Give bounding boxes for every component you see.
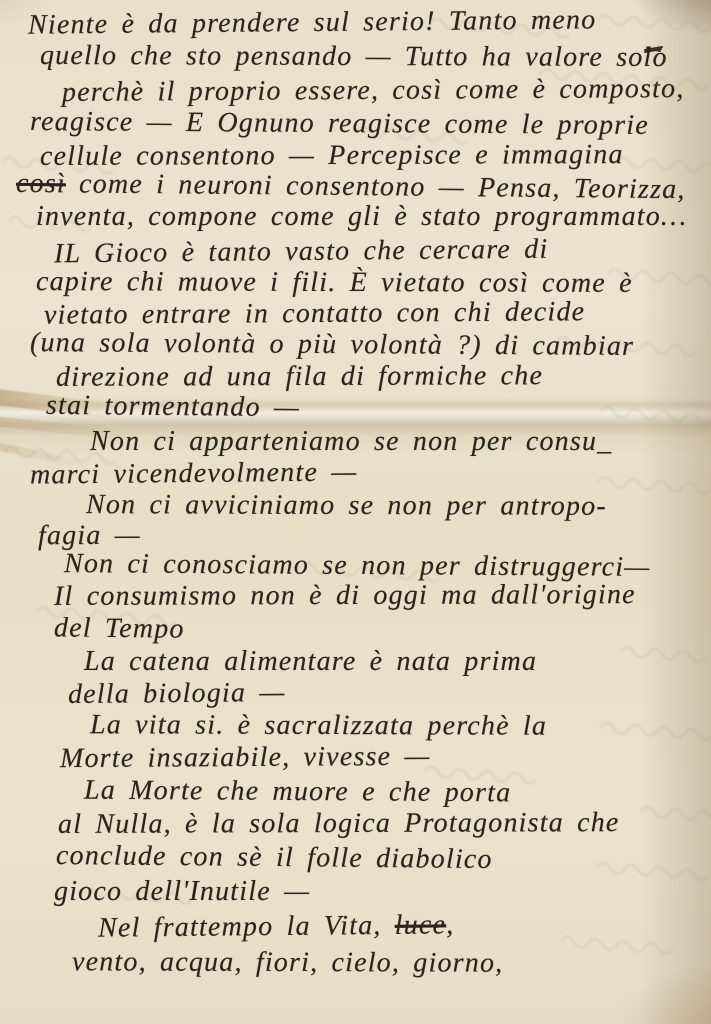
handwritten-line: vento, acqua, fiori, cielo, giorno,	[72, 947, 503, 978]
text-segment: Nel frattempo la Vita,	[98, 910, 395, 944]
handwritten-line: capire chi muove i fili. È vietato così …	[36, 267, 633, 299]
text-segment: Morte insaziabile, vivesse —	[60, 741, 431, 774]
text-segment: (una sola volontà o più volontà ?) di ca…	[30, 327, 634, 362]
text-segment: Non ci avviciniamo se non per antropo-	[86, 489, 607, 522]
handwritten-line: direzione ad una fila di formiche che	[56, 361, 543, 393]
text-segment: come i neuroni consentono — Pensa, Teori…	[66, 168, 686, 205]
handwritten-line: La vita si. è sacralizzata perchè la	[90, 710, 547, 741]
text-segment: stai tormentando —	[46, 390, 300, 423]
ghost-squiggle	[596, 856, 688, 876]
ghost-squiggle	[560, 930, 650, 950]
handwritten-line: La catena alimentare è nata prima	[84, 647, 537, 677]
handwritten-line: Non ci avviciniamo se non per antropo-	[86, 490, 607, 522]
text-segment: Niente è da prendere sul serio! Tanto me…	[28, 4, 597, 40]
text-segment: della biologia —	[68, 677, 286, 710]
text-segment: fagia —	[38, 520, 141, 552]
text-segment: perchè il proprio essere, così come è co…	[62, 73, 685, 108]
text-segment: La catena alimentare è nata prima	[84, 646, 537, 677]
handwritten-line: cellule consentono — Percepisce e immagi…	[40, 140, 624, 172]
text-segment: vento, acqua, fiori, cielo, giorno,	[72, 946, 503, 978]
text-segment: reagisce — E Ognuno reagisce come le pro…	[30, 106, 649, 141]
text-segment: ,	[446, 909, 454, 940]
handwritten-line: Morte insaziabile, vivesse —	[60, 742, 431, 774]
text-segment: marci vicendevolmente —	[30, 456, 358, 490]
text-segment: quello che sto pensando — Tutto ha valor…	[40, 40, 668, 73]
ghost-squiggle	[620, 640, 700, 660]
handwritten-line: inventa, compone come gli è stato progra…	[36, 202, 687, 232]
handwritten-line: Non ci conosciamo se non per distruggerc…	[64, 549, 651, 583]
ghost-squiggle	[616, 150, 701, 170]
handwritten-line: Il consumismo non è di oggi ma dall'orig…	[54, 580, 636, 612]
text-segment: inventa, compone come gli è stato progra…	[36, 201, 687, 232]
handwritten-line: Non ci apparteniamo se non per consu_	[90, 427, 612, 457]
ghost-squiggle	[598, 470, 698, 490]
handwritten-line: stai tormentando —	[46, 391, 300, 423]
handwritten-line: (una sola volontà o più volontà ?) di ca…	[30, 328, 634, 362]
handwritten-line: della biologia —	[68, 678, 286, 710]
handwritten-line: reagisce — E Ognuno reagisce come le pro…	[30, 107, 649, 141]
text-segment: direzione ad una fila di formiche che	[56, 360, 543, 393]
text-segment: vietato entrare in contatto con chi deci…	[44, 296, 585, 330]
struck-word: così	[16, 168, 66, 199]
text-segment: Non ci apparteniamo se non per consu_	[90, 426, 612, 457]
handwritten-line: Niente è da prendere sul serio! Tanto me…	[28, 5, 597, 40]
handwritten-line: IL Gioco è tanto vasto che cercare di	[54, 235, 549, 270]
handwritten-line: quello che sto pensando — Tutto ha valor…	[40, 41, 668, 73]
handwritten-line: vietato entrare in contatto con chi deci…	[44, 297, 585, 330]
handwritten-line: gioco dell'Inutile —	[54, 877, 310, 907]
text-segment: La Morte che muore e che porta	[84, 775, 512, 809]
text-segment: conclude con sè il folle diabolico	[56, 840, 493, 875]
handwritten-line: fagia —	[38, 521, 141, 552]
handwritten-line: marci vicendevolmente —	[30, 457, 358, 490]
handwritten-line: perchè il proprio essere, così come è co…	[62, 74, 685, 108]
ghost-squiggle	[600, 400, 690, 420]
manuscript-paper: Niente è da prendere sul serio! Tanto me…	[0, 0, 711, 1024]
text-segment: La vita si. è sacralizzata perchè la	[90, 709, 547, 741]
text-segment: al Nulla, è la sola logica Protagonista …	[58, 807, 620, 840]
text-segment: cellule consentono — Percepisce e immagi…	[40, 139, 624, 172]
handwritten-line: La Morte che muore e che porta	[84, 776, 512, 809]
text-segment: gioco dell'Inutile —	[54, 876, 310, 907]
ghost-squiggle	[598, 8, 698, 28]
handwritten-line: del Tempo	[54, 613, 185, 644]
handwritten-line: così come i neuroni consentono — Pensa, …	[16, 169, 686, 205]
ghost-squiggle	[640, 800, 700, 820]
ghost-squiggle	[600, 716, 700, 736]
handwritten-line: Nel frattempo la Vita, luce,	[98, 910, 455, 943]
text-segment: capire chi muove i fili. È vietato così …	[36, 266, 633, 299]
handwritten-line: conclude con sè il folle diabolico	[56, 841, 493, 875]
handwritten-line: al Nulla, è la sola logica Protagonista …	[58, 808, 620, 840]
struck-word: luce	[395, 909, 447, 940]
text-segment: Il consumismo non è di oggi ma dall'orig…	[54, 579, 636, 612]
text-segment: IL Gioco è tanto vasto che cercare di	[54, 234, 549, 270]
text-segment: del Tempo	[54, 612, 185, 644]
text-segment: Non ci conosciamo se non per distruggerc…	[64, 548, 651, 583]
